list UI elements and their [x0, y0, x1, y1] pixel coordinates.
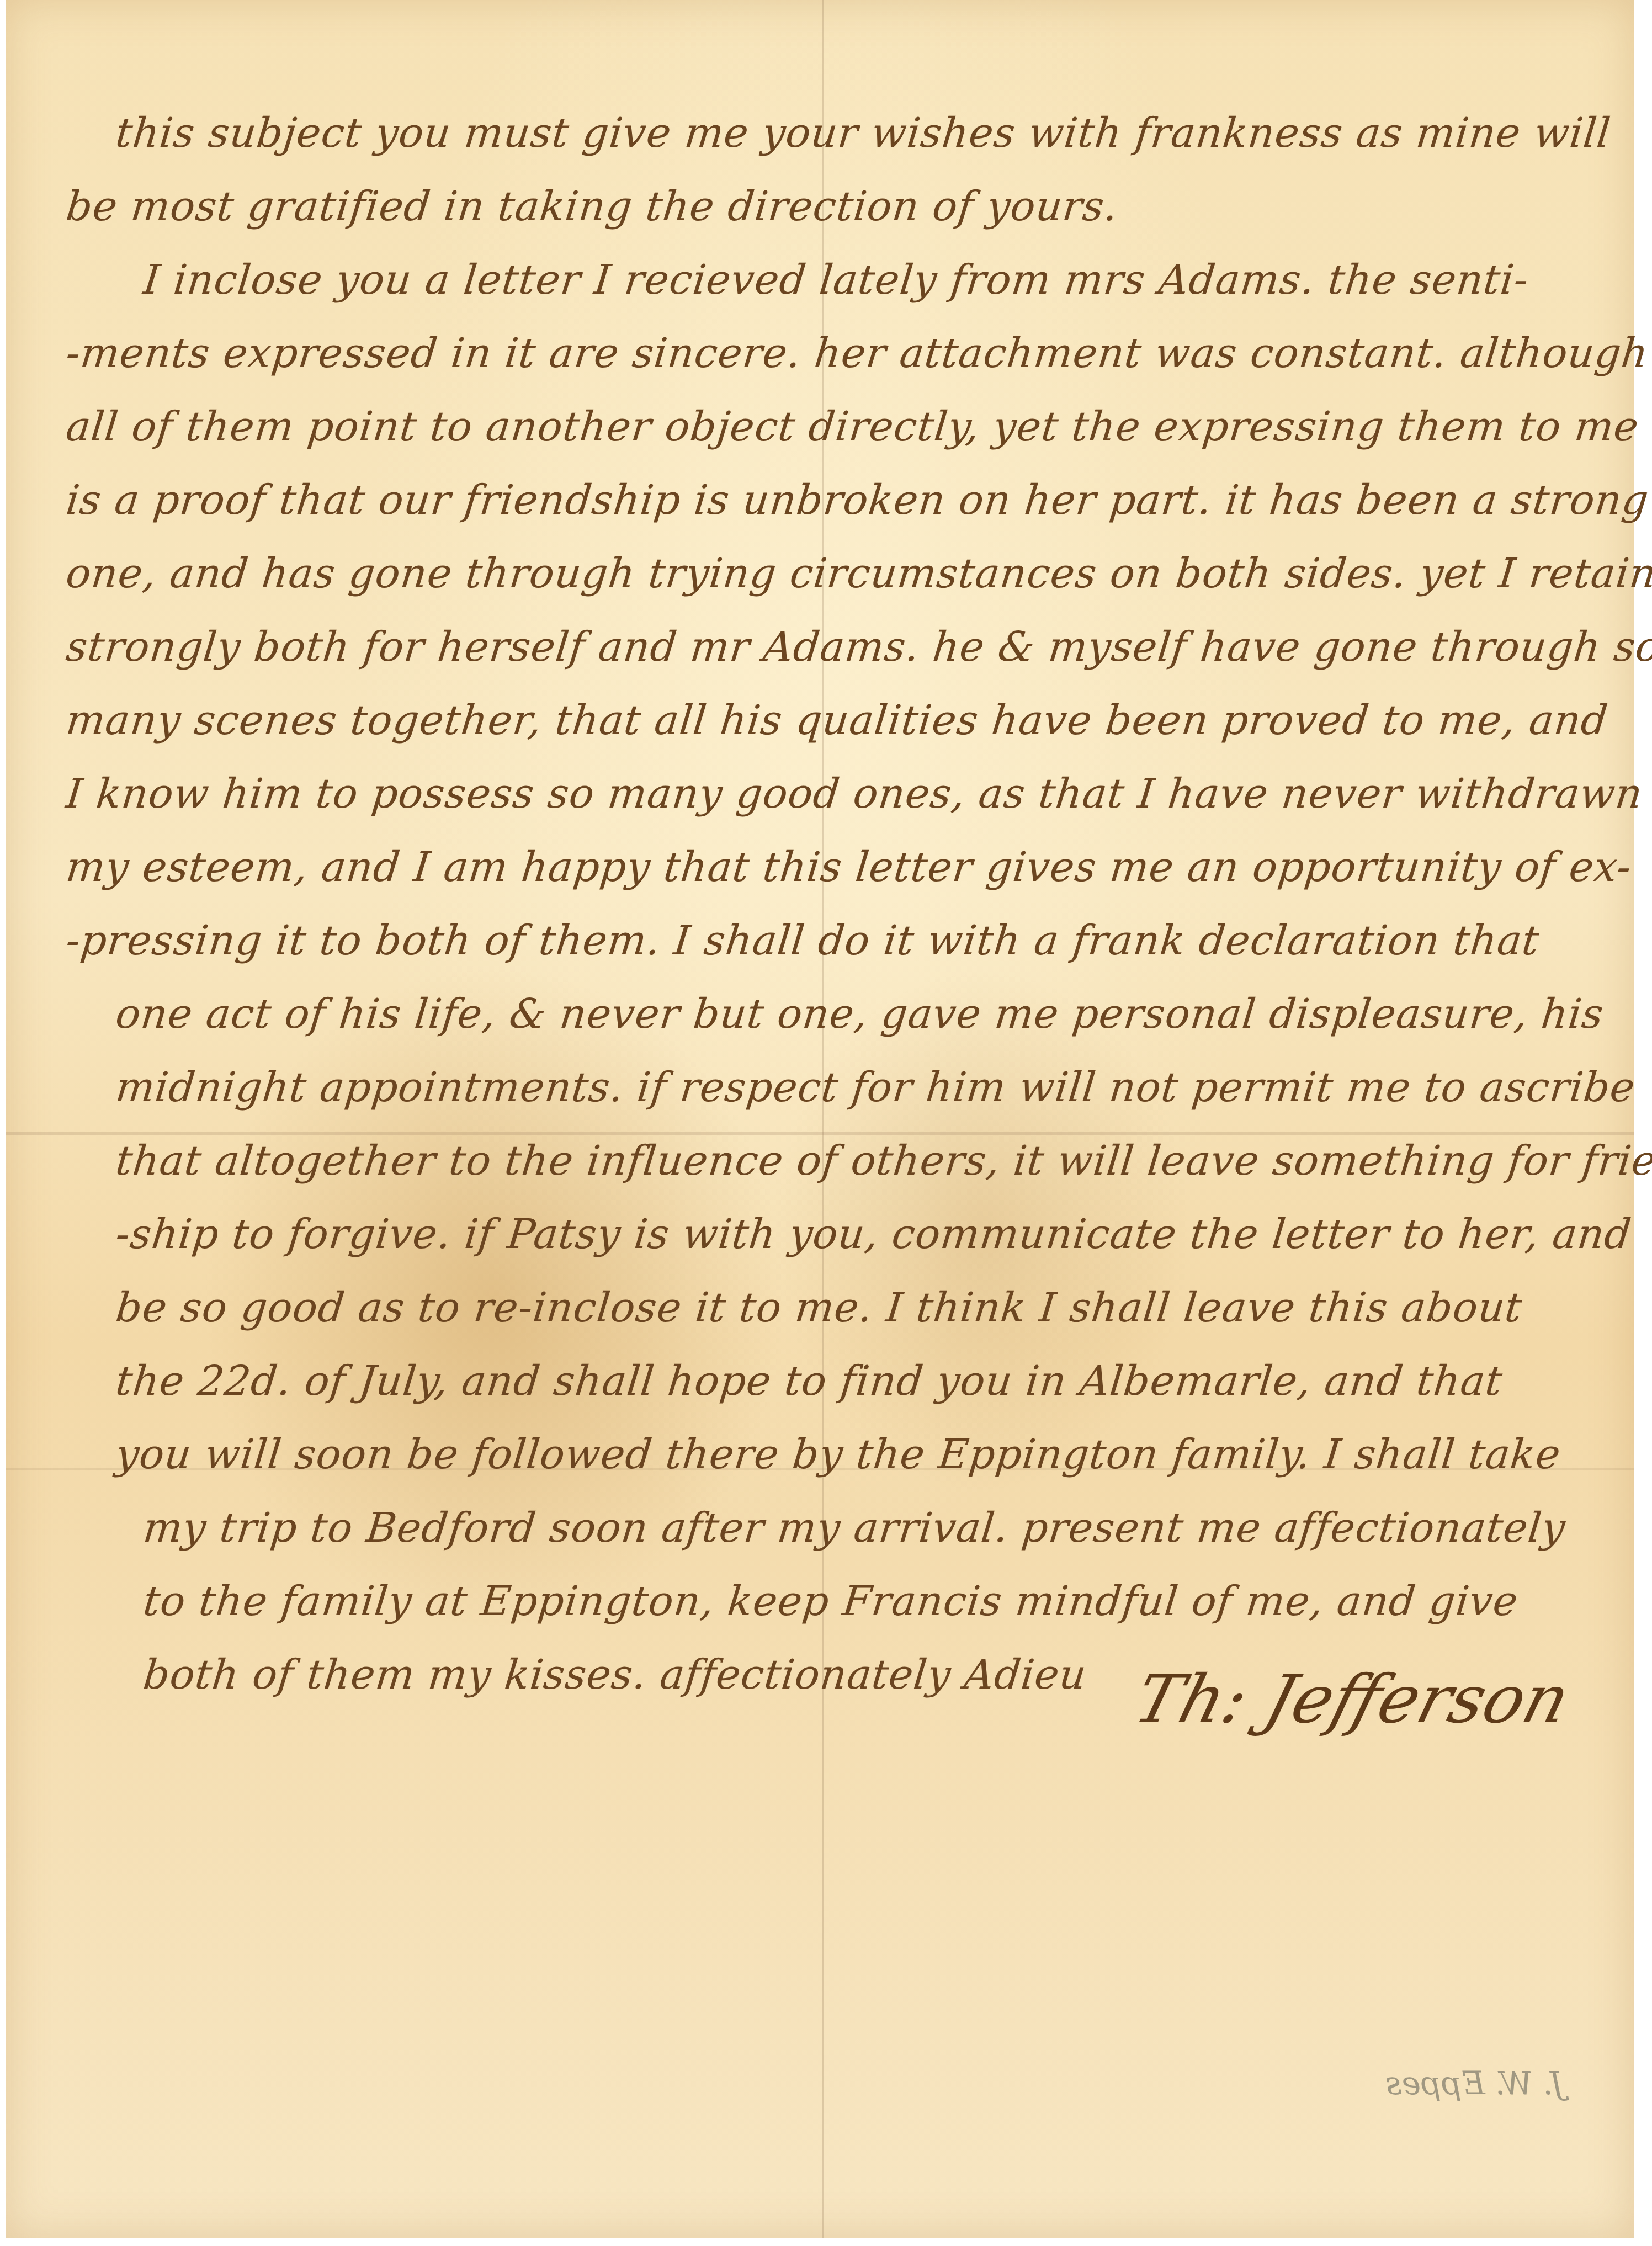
letter-line: one, and has gone through trying circums… — [62, 537, 1605, 610]
letter-line: -ship to forgive. if Patsy is with you, … — [62, 1198, 1605, 1271]
pencil-annotation: J. W. Eppes — [1385, 2064, 1564, 2102]
letter-line: be so good as to re-inclose it to me. I … — [62, 1271, 1605, 1345]
letter-line: that altogether to the influence of othe… — [62, 1124, 1605, 1198]
letter-line: my esteem, and I am happy that this lett… — [62, 831, 1605, 904]
bleed-through-text — [72, 1518, 1562, 1587]
letter-line: I know him to possess so many good ones,… — [62, 757, 1605, 831]
letter-line: be most gratified in taking the directio… — [62, 170, 1605, 243]
signature: Th: Jefferson — [1127, 1661, 1577, 1738]
letter-line: one act of his life, & never but one, ga… — [62, 978, 1605, 1051]
letter-body: this subject you must give me your wishe… — [66, 97, 1601, 1712]
letter-line: all of them point to another object dire… — [62, 390, 1605, 464]
letter-line: -ments expressed in it are sincere. her … — [62, 317, 1605, 390]
letter-line: is a proof that our friendship is unbrok… — [62, 464, 1605, 537]
letter-line: many scenes together, that all his quali… — [62, 684, 1605, 757]
letter-line: midnight appointments. if respect for hi… — [62, 1051, 1605, 1124]
letter-line: this subject you must give me your wishe… — [62, 97, 1605, 170]
letter-line: strongly both for herself and mr Adams. … — [62, 610, 1605, 684]
letter-sheet: this subject you must give me your wishe… — [6, 0, 1634, 2238]
letter-line: I inclose you a letter I recieved lately… — [62, 243, 1605, 317]
letter-line: -pressing it to both of them. I shall do… — [62, 904, 1605, 978]
letter-line: the 22d. of July, and shall hope to find… — [62, 1345, 1605, 1418]
letter-line: you will soon be followed there by the E… — [62, 1418, 1605, 1491]
